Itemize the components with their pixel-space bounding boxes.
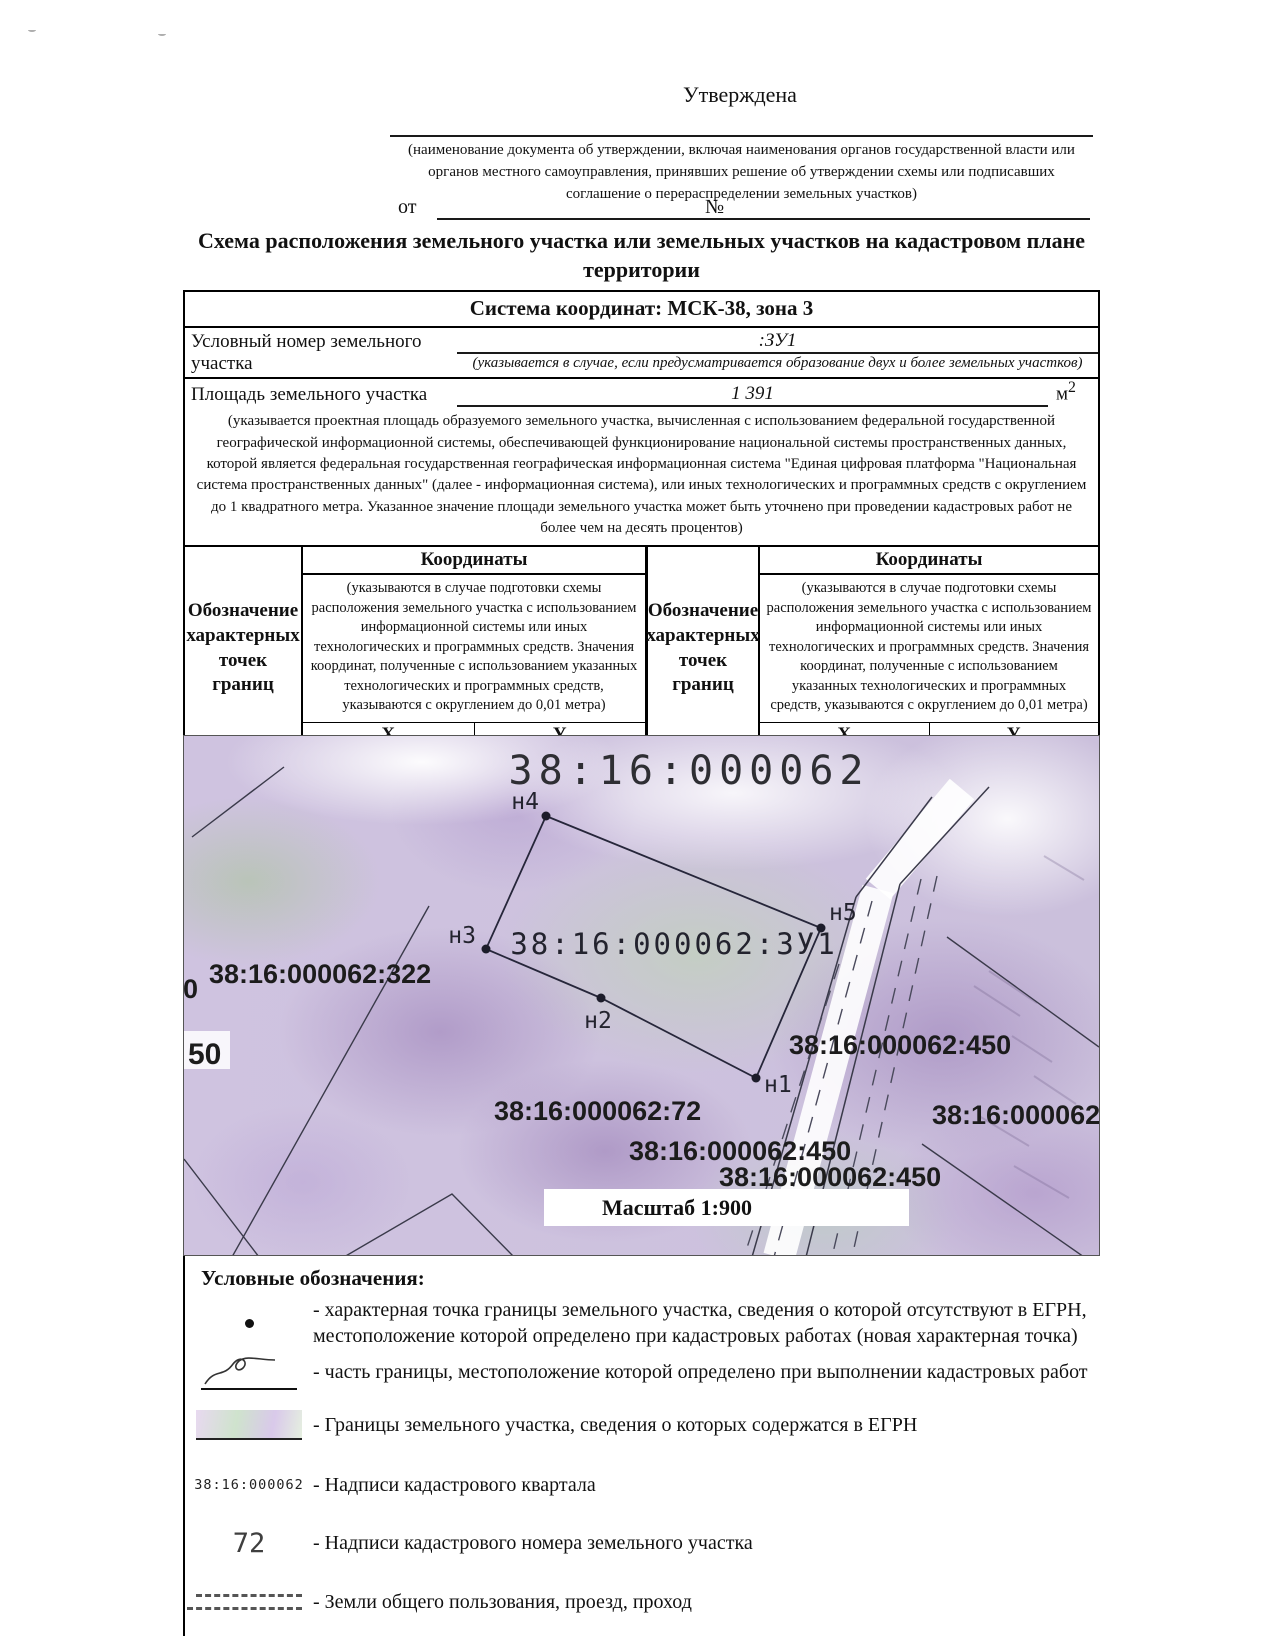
page-title: Схема расположения земельного участка ил… [183,226,1100,284]
legend: Условные обозначения: - характерная точк… [183,1256,1100,1636]
parcel-number-symbol: 72 [233,1528,266,1559]
coordinates-table-left: Обозначение характерных точек границ Коо… [185,547,648,750]
map-scale: Масштаб 1:900 [544,1189,909,1226]
boundary-line-symbol [201,1388,297,1390]
parcel-label-partial-50: 50 [188,1038,221,1071]
number-blank-line [737,218,1090,220]
parcel-label-450c: 38:16:000062:450 [719,1162,941,1192]
map-overlay: 38:16:000062 38:16:000062:ЗУ1 н4 н5 н3 н… [184,736,1100,1256]
conditional-number-row: Условный номер земельного участка :ЗУ1 (… [185,328,1098,379]
point-label-n2: н2 [584,1008,612,1034]
area-note: (указывается проектная площадь образуемо… [185,409,1098,547]
area-row: Площадь земельного участка 1 391 м2 [185,379,1098,409]
quarter-number-symbol: 38:16:000062 [194,1477,304,1493]
legend-item-new-point: - характерная точка границы земельного у… [185,1297,1100,1350]
parcel-boundaries-left [184,767,514,1256]
area-unit-sup: 2 [1068,379,1076,396]
conditional-number-label: Условный номер земельного участка [185,328,457,377]
parcel-label-322: 38:16:000062:322 [209,959,431,989]
egrn-boundary-swatch [196,1410,302,1440]
scan-artifact [28,28,36,32]
point-label-n4: н4 [511,789,539,815]
coords-note-left: (указываются в случае подготовки схемы р… [303,575,645,722]
number-label: № [705,196,724,219]
coords-header-left: Координаты [303,547,645,575]
legend-item-text: - Границы земельного участка, сведения о… [313,1412,1088,1438]
legend-item-text: - часть границы, местоположение которой … [313,1359,1088,1385]
conditional-number-note: (указывается в случае, если предусматрив… [457,354,1098,374]
point-label-n5: н5 [829,900,857,926]
parcel-label-18: 38:16:000062:18 [932,1100,1100,1130]
area-unit: м2 [1048,379,1090,409]
coordinates-table-right: Обозначение характерных точек границ Коо… [648,547,1098,750]
legend-item-text: - характерная точка границы земельного у… [313,1297,1088,1350]
quarter-number-label: 38:16:000062 [509,748,870,794]
point-column-header-left: Обозначение характерных точек границ [185,547,303,750]
coords-note-right: (указываются в случае подготовки схемы р… [760,575,1098,722]
from-label: от [398,196,416,219]
road-band-upper [878,789,962,889]
conditional-number-value: :ЗУ1 [457,328,1098,354]
plot-number-label: 38:16:000062:ЗУ1 [510,927,837,961]
legend-item-text: - Надписи кадастрового квартала [313,1472,1088,1498]
from-number-row: от № [183,196,1100,222]
legend-item-quarter-labels: 38:16:000062 - Надписи кадастрового квар… [185,1472,1100,1498]
legend-title: Условные обозначения: [201,1266,1100,1291]
approved-label: Утверждена [400,82,1080,108]
parcel-label-partial-0: 0 [184,974,198,1004]
scan-artifact [158,32,166,36]
legend-item-parcel-labels: 72 - Надписи кадастрового номера земельн… [185,1528,1100,1559]
dashed-line-symbol [196,1594,302,1610]
point-symbol [245,1319,254,1328]
legend-item-common-lands: - Земли общего пользования, проезд, прох… [185,1589,1100,1615]
legend-item-egrn-boundaries: - Границы земельного участка, сведения о… [185,1410,1100,1440]
point-column-header-right: Обозначение характерных точек границ [648,547,760,750]
legend-item-new-boundary: - часть границы, местоположение которой … [185,1354,1100,1390]
cadastral-map: 38:16:000062 38:16:000062:ЗУ1 н4 н5 н3 н… [183,735,1100,1256]
parcel-label-450a: 38:16:000062:450 [789,1030,1011,1060]
approval-signature-line [390,135,1093,137]
point-label-n1: н1 [764,1072,792,1098]
coordinate-system-header: Система координат: МСК-38, зона 3 [185,292,1098,328]
parcel-label-72: 38:16:000062:72 [494,1096,701,1126]
area-label: Площадь земельного участка [185,379,457,409]
legend-item-text: - Земли общего пользования, проезд, прох… [313,1589,1088,1615]
area-value: 1 391 [457,383,1048,407]
coords-header-right: Координаты [760,547,1098,575]
from-blank-line [437,218,747,220]
point-label-n3: н3 [448,923,476,949]
coordinates-table: Обозначение характерных точек границ Коо… [185,547,1098,752]
document-page: Утверждена (наименование документа об ут… [0,0,1275,1650]
area-unit-letter: м [1056,383,1068,404]
map-texture [974,856,1084,1198]
legend-item-text: - Надписи кадастрового номера земельного… [313,1530,1088,1556]
squiggle-symbol [201,1354,297,1388]
